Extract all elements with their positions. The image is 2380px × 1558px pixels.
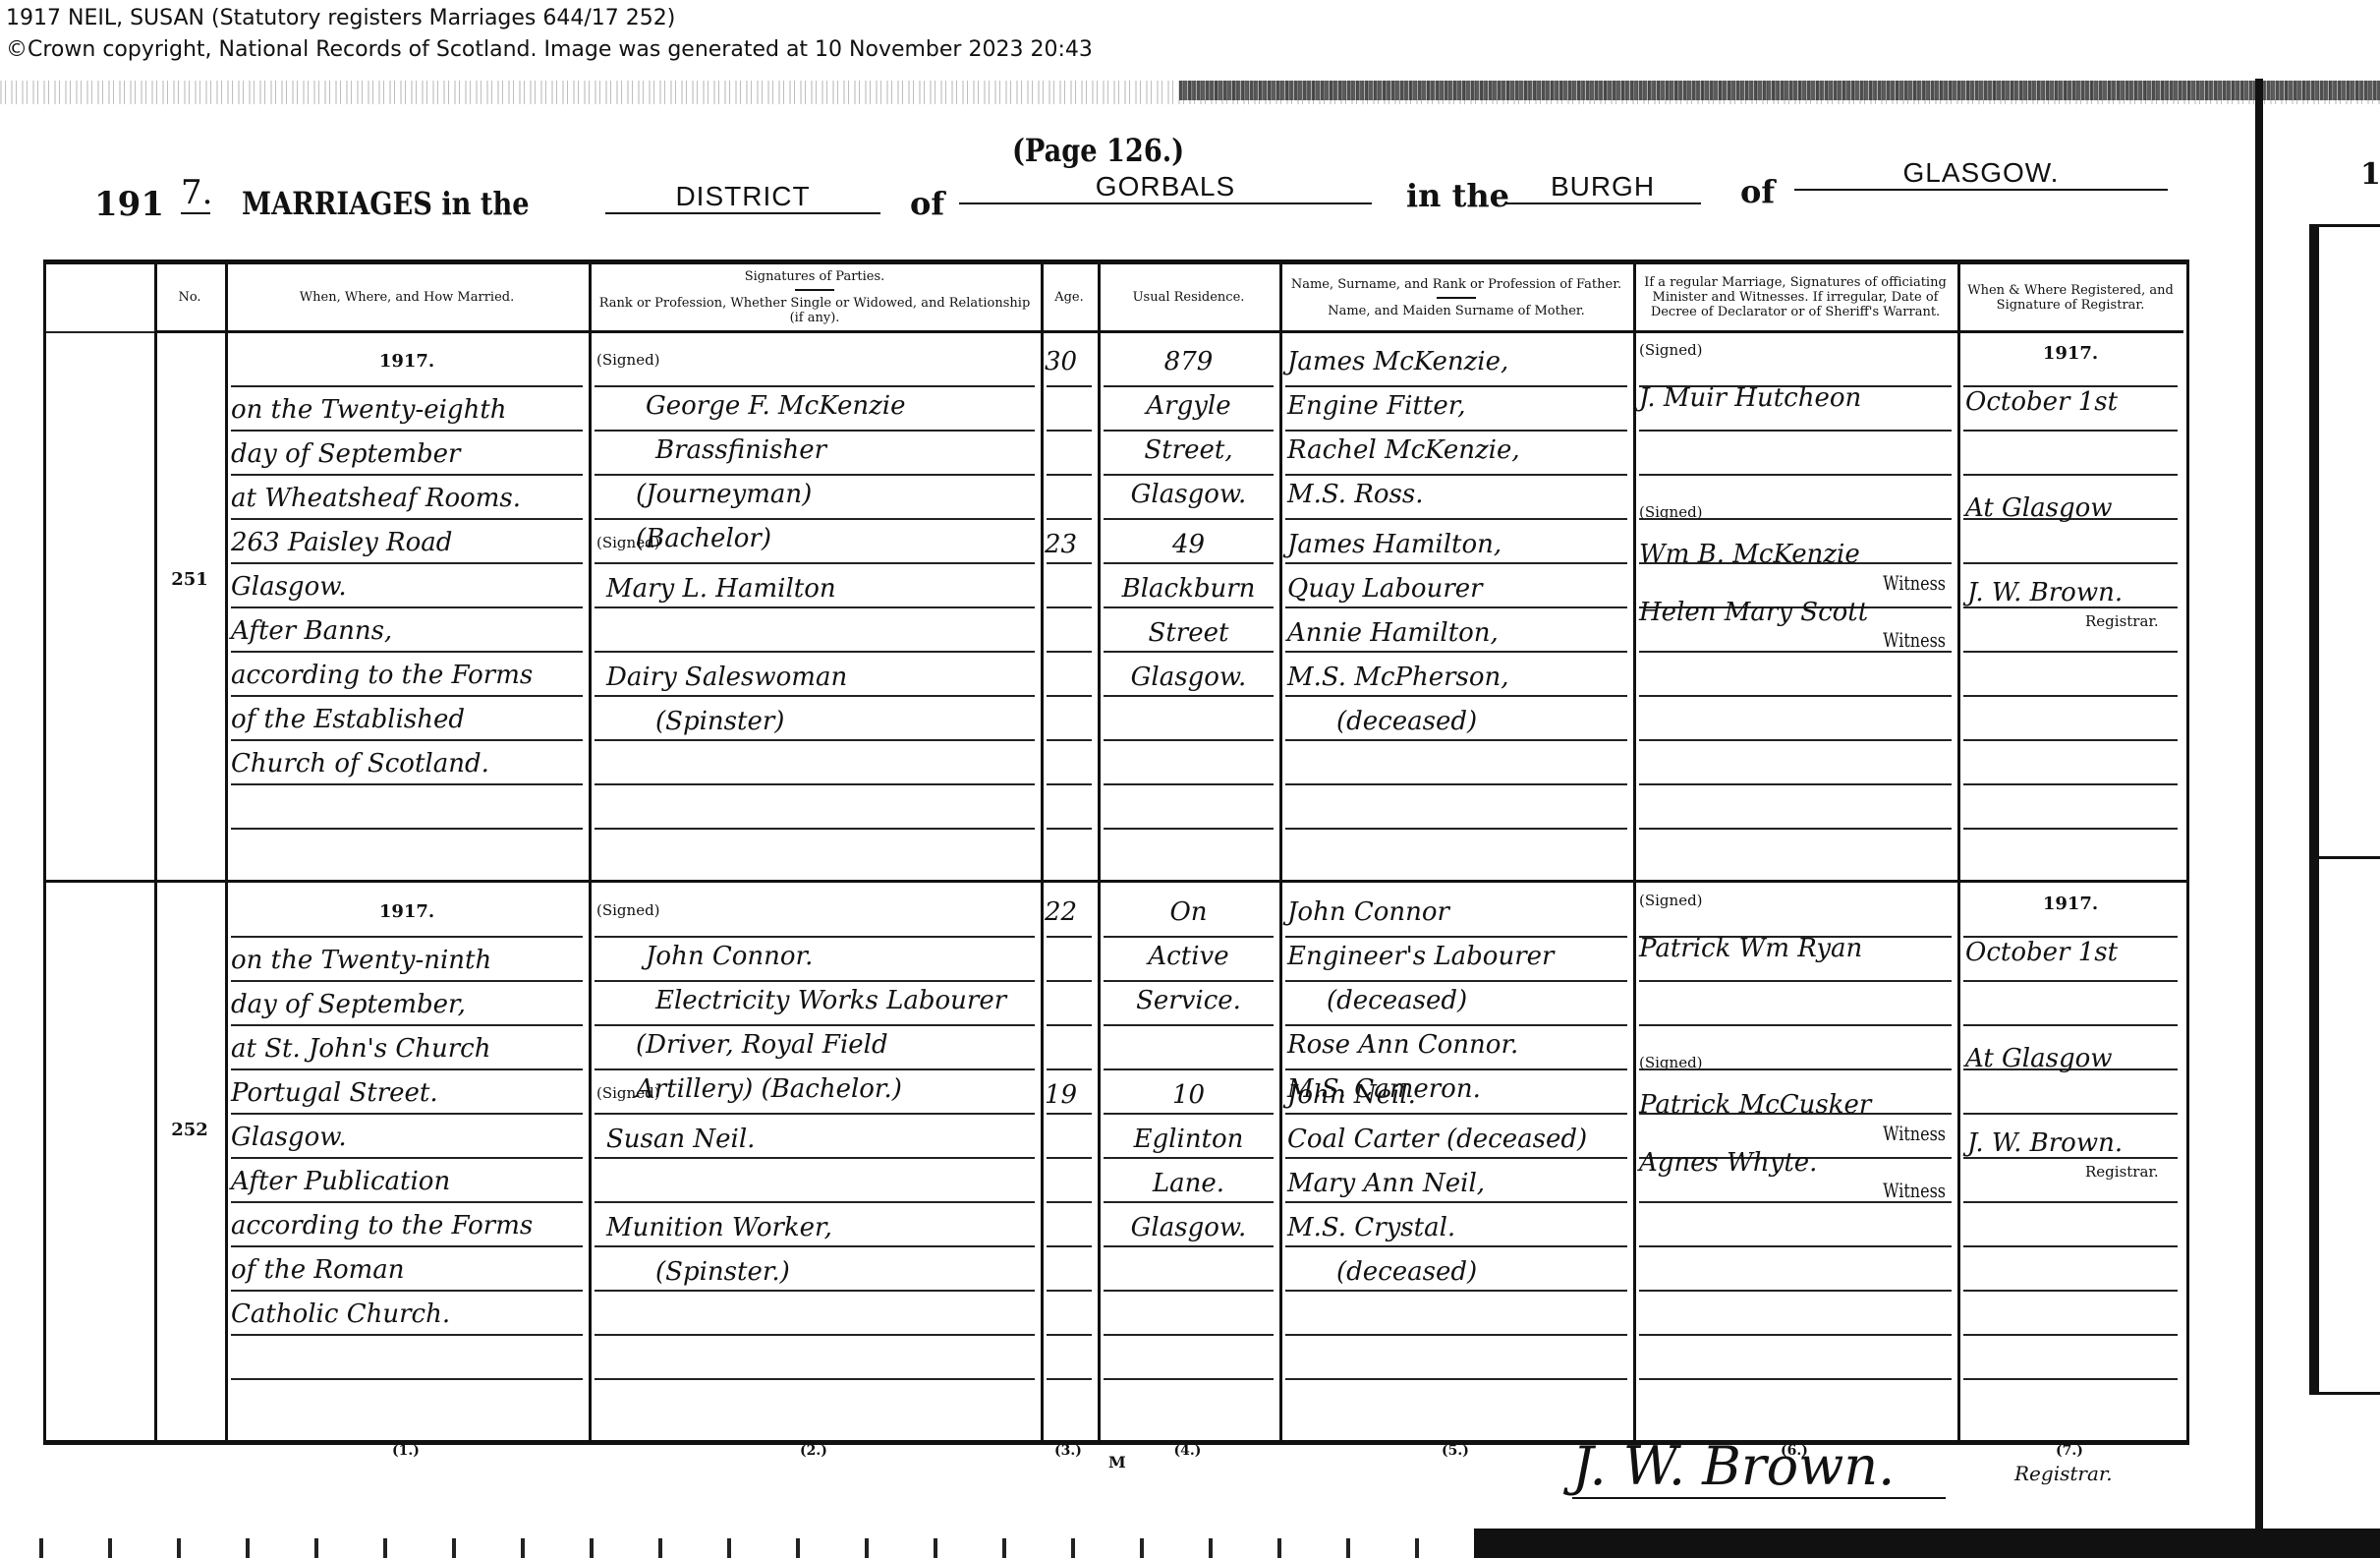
ruled-line [595, 385, 1035, 387]
ruled-line [1963, 739, 2178, 741]
ruled-line [1285, 695, 1627, 697]
ruled-line [1104, 430, 1274, 432]
groom-mother-name: Rose Ann Connor. [1287, 1030, 1518, 1060]
marriage-detail-line: Portugal Street. [231, 1078, 438, 1108]
ruled-line [231, 1024, 583, 1026]
ruled-line [595, 1113, 1035, 1115]
marriage-detail-line: according to the Forms [231, 661, 533, 690]
bride-residence-line: 49 [1098, 530, 1279, 559]
ruled-line [1104, 936, 1274, 938]
year-digit: 7. [181, 173, 210, 214]
ruled-line [1104, 651, 1274, 653]
groom-mother-maiden: M.S. Ross. [1287, 480, 1423, 509]
ruled-line [231, 695, 583, 697]
copyright-notice: ©Crown copyright, National Records of Sc… [6, 37, 1093, 62]
groom-residence-line: On [1098, 897, 1279, 927]
column-rule [1957, 264, 1960, 1440]
ruled-line [231, 606, 583, 608]
bride-note: (Spinster) [655, 707, 784, 736]
ruled-line [1963, 828, 2178, 830]
ruled-line [1104, 1157, 1274, 1159]
bride-residence-line: Eglinton [1098, 1125, 1279, 1154]
register-heading: 191 7. MARRIAGES in the DISTRICT of GORB… [94, 177, 2168, 236]
ruled-line [595, 1201, 1035, 1203]
column-header-text: Name, Surname, and Rank or Profession of… [1291, 277, 1621, 292]
column-header-registered: When & Where Registered, and Signature o… [1957, 264, 2183, 333]
bride-mother-name: Annie Hamilton, [1287, 618, 1499, 648]
ruled-line [1963, 1024, 2178, 1026]
heading-of-2: of [1740, 173, 1775, 210]
ruled-line [1047, 1290, 1092, 1292]
bride-father-name: John Neil. [1287, 1080, 1416, 1110]
registration-year: 1917. [1957, 894, 2183, 914]
column-header-text: No. [178, 290, 200, 305]
marriage-detail-line: on the Twenty-ninth [231, 946, 491, 975]
bride-mother-maiden: M.S. Crystal. [1287, 1213, 1455, 1242]
ruled-line [1963, 1113, 2178, 1115]
bride-mother-note: (deceased) [1336, 707, 1477, 736]
ruled-line [231, 1334, 583, 1336]
district-name: GORBALS [959, 171, 1372, 204]
ruled-line [1047, 1245, 1092, 1247]
bride-mother-name: Mary Ann Neil, [1287, 1169, 1485, 1198]
ruled-line [1285, 936, 1627, 938]
ruled-line [1047, 783, 1092, 785]
column-header-when_where_how: When, Where, and How Married. [225, 264, 589, 333]
ruled-line [595, 783, 1035, 785]
bride-residence-line: Street [1098, 618, 1279, 648]
scan-edge-dark [1179, 81, 2380, 100]
ruled-line [595, 1157, 1035, 1159]
ruled-line [231, 936, 583, 938]
witnesses-signed-label: (Signed) [1639, 1054, 1703, 1071]
bride-mother-maiden: M.S. McPherson, [1287, 663, 1509, 692]
ruled-line [231, 739, 583, 741]
groom-occupation: Brassfinisher [655, 435, 826, 465]
column-rule [1633, 264, 1636, 1440]
heading-text: MARRIAGES in the [242, 185, 530, 222]
ruled-line [1639, 783, 1952, 785]
groom-age: 22 [1045, 897, 1077, 927]
ruled-line [231, 1378, 583, 1380]
ruled-line [595, 936, 1035, 938]
witness-name: Wm B. McKenzie [1639, 540, 1860, 569]
marriage-detail-line: Glasgow. [231, 572, 347, 602]
ruled-line [1047, 385, 1092, 387]
burgh-type: BURGH [1504, 171, 1701, 204]
ruled-line [1047, 828, 1092, 830]
column-number: (2.) [800, 1443, 827, 1459]
registrar-signature-footer: J. W. Brown. [1572, 1435, 1946, 1499]
ruled-line [1963, 980, 2178, 982]
marriage-detail-line: After Banns, [231, 616, 392, 646]
registration-year: 1917. [1957, 343, 2183, 364]
ruled-line [1285, 1157, 1627, 1159]
groom-residence-line: Glasgow. [1098, 480, 1279, 509]
column-header-parents: Name, Surname, and Rank or Profession of… [1279, 264, 1633, 333]
ruled-line [1285, 1024, 1627, 1026]
ruled-line [1285, 430, 1627, 432]
record-title: 1917 NEIL, SUSAN (Statutory registers Ma… [6, 6, 675, 30]
witnesses-signed-label: (Signed) [1639, 503, 1703, 521]
marriage-detail-line: of the Established [231, 705, 465, 734]
registration-place: At Glasgow [1965, 1044, 2113, 1073]
ruled-line [595, 1334, 1035, 1336]
next-page-register-edge [2309, 224, 2380, 1395]
ruled-line [1104, 474, 1274, 476]
marriage-detail-line: at St. John's Church [231, 1034, 490, 1064]
registrar-signature: J. W. Brown. [1967, 1128, 2123, 1158]
ruled-line [1639, 1245, 1952, 1247]
ruled-line [231, 562, 583, 564]
ruled-line [1047, 651, 1092, 653]
marriage-year: 1917. [225, 901, 589, 922]
ruled-line [231, 1068, 583, 1070]
ruled-line [595, 739, 1035, 741]
column-subheader-text: Rank or Profession, Whether Single or Wi… [593, 296, 1037, 325]
groom-father-occupation: Engineer's Labourer [1287, 942, 1554, 971]
minister-signed-label: (Signed) [1639, 892, 1703, 909]
marriage-detail-line: 263 Paisley Road [231, 528, 452, 557]
groom-residence-line: Argyle [1098, 391, 1279, 421]
ruled-line [1285, 1378, 1627, 1380]
ruled-line [1104, 828, 1274, 830]
groom-name: George F. McKenzie [646, 391, 906, 421]
heading-in-the: in the [1406, 177, 1509, 214]
ruled-line [1104, 562, 1274, 564]
minister-name: Patrick Wm Ryan [1639, 934, 1862, 963]
ruled-line [1047, 1157, 1092, 1159]
ruled-line [231, 783, 583, 785]
ruled-line [595, 651, 1035, 653]
ruled-line [1285, 1245, 1627, 1247]
bride-father-occupation: Quay Labourer [1287, 574, 1483, 604]
ruled-line [1047, 562, 1092, 564]
witness-name: Patrick McCusker [1639, 1090, 1871, 1120]
ruled-line [1104, 1201, 1274, 1203]
ruled-line [1963, 474, 2178, 476]
groom-mother-name: Rachel McKenzie, [1287, 435, 1520, 465]
column-number: (3.) [1054, 1443, 1082, 1459]
ruled-line [231, 980, 583, 982]
ruled-line [231, 828, 583, 830]
ruled-line [1104, 1334, 1274, 1336]
marriage-detail-line: After Publication [231, 1167, 450, 1196]
marriage-detail-line: Glasgow. [231, 1123, 347, 1152]
ruled-line [1963, 695, 2178, 697]
witness-name: Helen Mary Scott [1639, 598, 1868, 627]
ruled-line [1285, 739, 1627, 741]
ruled-line [1963, 562, 2178, 564]
ruled-line [1639, 474, 1952, 476]
ruled-line [1285, 385, 1627, 387]
ruled-line [231, 1157, 583, 1159]
ruled-line [595, 1245, 1035, 1247]
column-rule [1041, 264, 1044, 1440]
ruled-line [1285, 606, 1627, 608]
ruled-line [595, 980, 1035, 982]
ruled-line [231, 1201, 583, 1203]
bride-residence-line: 10 [1098, 1080, 1279, 1110]
column-header-text: When & Where Registered, and Signature o… [1961, 283, 2180, 313]
minister-signed-label: (Signed) [1639, 341, 1703, 359]
witness-label: Witness [1696, 1179, 1946, 1202]
ruled-line [1285, 651, 1627, 653]
ruled-line [1047, 1068, 1092, 1070]
marriage-detail-line: at Wheatsheaf Rooms. [231, 484, 521, 513]
ruled-line [595, 474, 1035, 476]
registrar-label-footer: Registrar. [2014, 1462, 2113, 1485]
column-number: (1.) [392, 1443, 420, 1459]
ruled-line [1104, 606, 1274, 608]
ruled-line [1047, 936, 1092, 938]
witness-label: Witness [1696, 571, 1946, 595]
column-number: (4.) [1174, 1443, 1202, 1459]
ruled-line [1047, 430, 1092, 432]
ruled-line [1285, 474, 1627, 476]
page-number: (Page 126.) [1012, 132, 1184, 169]
groom-signed-label: (Signed) [596, 351, 660, 369]
heading-of: of [910, 185, 944, 222]
ruled-line [231, 1290, 583, 1292]
witness-label: Witness [1696, 1122, 1946, 1145]
scan-bottom-edge-dark [1474, 1529, 2380, 1558]
marriage-register-table: No.When, Where, and How Married.Signatur… [43, 260, 2189, 1445]
marriage-detail-line: according to the Forms [231, 1211, 533, 1241]
ruled-line [1104, 518, 1274, 520]
ruled-line [595, 1290, 1035, 1292]
column-subheader-text: Name, and Maiden Surname of Mother. [1328, 304, 1585, 318]
ruled-line [1047, 1113, 1092, 1115]
ruled-line [1639, 430, 1952, 432]
column-rule [225, 264, 228, 1440]
year-prefix: 191 [94, 185, 164, 224]
groom-occupation: Electricity Works Labourer [655, 986, 1006, 1015]
ruled-line [1285, 562, 1627, 564]
ruled-line [1047, 739, 1092, 741]
ruled-line [1285, 783, 1627, 785]
bride-name: Susan Neil. [606, 1125, 755, 1154]
marriage-detail-line: day of September, [231, 990, 466, 1019]
bride-father-occupation: Coal Carter (deceased) [1287, 1125, 1587, 1154]
ruled-line [1639, 695, 1952, 697]
groom-signed-label: (Signed) [596, 901, 660, 919]
ruled-line [1047, 980, 1092, 982]
ruled-line [595, 1068, 1035, 1070]
ruled-line [1285, 1334, 1627, 1336]
bride-occupation: Munition Worker, [606, 1213, 832, 1242]
column-rule [1279, 264, 1282, 1440]
ruled-line [1104, 385, 1274, 387]
district-type: DISTRICT [605, 181, 880, 214]
bride-note: (Spinster.) [655, 1257, 790, 1287]
ruled-line [1963, 651, 2178, 653]
registrar-label: Registrar. [2085, 1163, 2159, 1181]
ruled-line [595, 828, 1035, 830]
registration-date: October 1st [1965, 938, 2118, 967]
ruled-line [1285, 980, 1627, 982]
ruled-line [1639, 980, 1952, 982]
ruled-line [1047, 474, 1092, 476]
bride-residence-line: Blackburn [1098, 574, 1279, 604]
ruled-line [1104, 980, 1274, 982]
ruled-line [1104, 1245, 1274, 1247]
registrar-label: Registrar. [2085, 612, 2159, 630]
ruled-line [231, 1245, 583, 1247]
groom-age: 30 [1045, 347, 1077, 376]
registrar-signature: J. W. Brown. [1967, 578, 2123, 607]
ruled-line [595, 1378, 1035, 1380]
groom-father-occupation: Engine Fitter, [1287, 391, 1466, 421]
page-gutter [2255, 79, 2263, 1558]
groom-residence-line: Service. [1098, 986, 1279, 1015]
bride-signed-label: (Signed) [596, 1084, 660, 1102]
registration-date: October 1st [1965, 387, 2118, 417]
ruled-line [1047, 1378, 1092, 1380]
ruled-line [595, 695, 1035, 697]
ruled-line [595, 1024, 1035, 1026]
groom-name: John Connor. [646, 942, 813, 971]
bride-age: 19 [1045, 1080, 1077, 1110]
bride-residence-line: Glasgow. [1098, 663, 1279, 692]
column-number: (5.) [1442, 1443, 1469, 1459]
groom-residence-line: Active [1098, 942, 1279, 971]
ruled-line [1285, 518, 1627, 520]
ruled-line [1963, 1334, 2178, 1336]
column-header-signatures: Signatures of Parties.Rank or Profession… [589, 264, 1041, 333]
next-page-fragment: 1 [2360, 157, 2380, 192]
ruled-line [1104, 1290, 1274, 1292]
bride-mother-note: (deceased) [1336, 1257, 1477, 1287]
ruled-line [1104, 1378, 1274, 1380]
ruled-line [1104, 1113, 1274, 1115]
bride-occupation: Dairy Saleswoman [606, 663, 847, 692]
ruled-line [1047, 1201, 1092, 1203]
entry-separator [46, 880, 2186, 883]
entry-number: 251 [154, 569, 225, 590]
burgh-name: GLASGOW. [1794, 157, 2168, 191]
groom-father-note: (deceased) [1327, 986, 1467, 1015]
ruled-line [1963, 430, 2178, 432]
ruled-line [595, 606, 1035, 608]
minister-name: J. Muir Hutcheon [1639, 383, 1861, 413]
ruled-line [595, 562, 1035, 564]
column-header-text: Usual Residence. [1133, 290, 1245, 305]
ruled-line [1047, 695, 1092, 697]
bride-name: Mary L. Hamilton [606, 574, 836, 604]
ruled-line [1285, 828, 1627, 830]
ruled-line [231, 518, 583, 520]
marriage-detail-line: of the Roman [231, 1255, 405, 1285]
marriage-detail-line: on the Twenty-eighth [231, 395, 507, 425]
groom-father-name: James McKenzie, [1287, 347, 1508, 376]
groom-father-name: John Connor [1287, 897, 1449, 927]
groom-note: (Driver, Royal Field [636, 1030, 888, 1060]
ruled-line [1963, 1378, 2178, 1380]
column-header-text: Signatures of Parties. [745, 269, 885, 284]
ruled-line [1104, 1024, 1274, 1026]
bride-signed-label: (Signed) [596, 534, 660, 551]
witness-label: Witness [1696, 628, 1946, 652]
groom-note: (Journeyman) [636, 480, 812, 509]
ruled-line [1047, 1024, 1092, 1026]
ruled-line [1285, 1290, 1627, 1292]
ruled-line [1963, 1290, 2178, 1292]
marriage-detail-line: Church of Scotland. [231, 749, 489, 779]
ruled-line [1104, 1068, 1274, 1070]
column-header-residence: Usual Residence. [1098, 264, 1279, 333]
ruled-line [595, 430, 1035, 432]
column-number: (7.) [2056, 1443, 2083, 1459]
ruled-line [1285, 1068, 1627, 1070]
ruled-line [231, 385, 583, 387]
column-header-minister_witnesses: If a regular Marriage, Signatures of off… [1633, 264, 1957, 333]
entry-number: 252 [154, 1120, 225, 1140]
ruled-line [1639, 828, 1952, 830]
column-rule [589, 264, 592, 1440]
ruled-line [1639, 1378, 1952, 1380]
ruled-line [231, 1113, 583, 1115]
ruled-line [1104, 695, 1274, 697]
ruled-line [1639, 739, 1952, 741]
bride-residence-line: Lane. [1098, 1169, 1279, 1198]
ruled-line [231, 651, 583, 653]
marriage-detail-line: Catholic Church. [231, 1299, 450, 1329]
ruled-line [595, 518, 1035, 520]
ruled-line [1639, 1290, 1952, 1292]
ruled-line [1047, 1334, 1092, 1336]
column-header-text: When, Where, and How Married. [300, 290, 514, 305]
ruled-line [1047, 606, 1092, 608]
bride-father-name: James Hamilton, [1287, 530, 1502, 559]
witness-name: Agnes Whyte. [1639, 1148, 1817, 1178]
column-header-text: If a regular Marriage, Signatures of off… [1637, 275, 1954, 319]
ruled-line [231, 430, 583, 432]
ruled-line [1104, 783, 1274, 785]
ruled-line [1963, 783, 2178, 785]
margin-mark: M [1108, 1453, 1126, 1471]
column-header-no: No. [154, 264, 225, 333]
ruled-line [231, 474, 583, 476]
groom-residence-line: Street, [1098, 435, 1279, 465]
ruled-line [1047, 518, 1092, 520]
groom-residence-line: 879 [1098, 347, 1279, 376]
ruled-line [1963, 1245, 2178, 1247]
column-rule [154, 264, 157, 1440]
bride-age: 23 [1045, 530, 1077, 559]
ruled-line [1104, 739, 1274, 741]
marriage-year: 1917. [225, 351, 589, 372]
bride-residence-line: Glasgow. [1098, 1213, 1279, 1242]
groom-note: Artillery) (Bachelor.) [636, 1074, 902, 1104]
registration-place: At Glasgow [1965, 493, 2113, 523]
column-header-age: Age. [1041, 264, 1098, 333]
ruled-line [1285, 1201, 1627, 1203]
marriage-detail-line: day of September [231, 439, 460, 469]
column-header-text: Age. [1054, 290, 1084, 305]
ruled-line [1639, 1334, 1952, 1336]
ruled-line [1285, 1113, 1627, 1115]
ruled-line [1639, 1024, 1952, 1026]
ruled-line [1963, 1201, 2178, 1203]
